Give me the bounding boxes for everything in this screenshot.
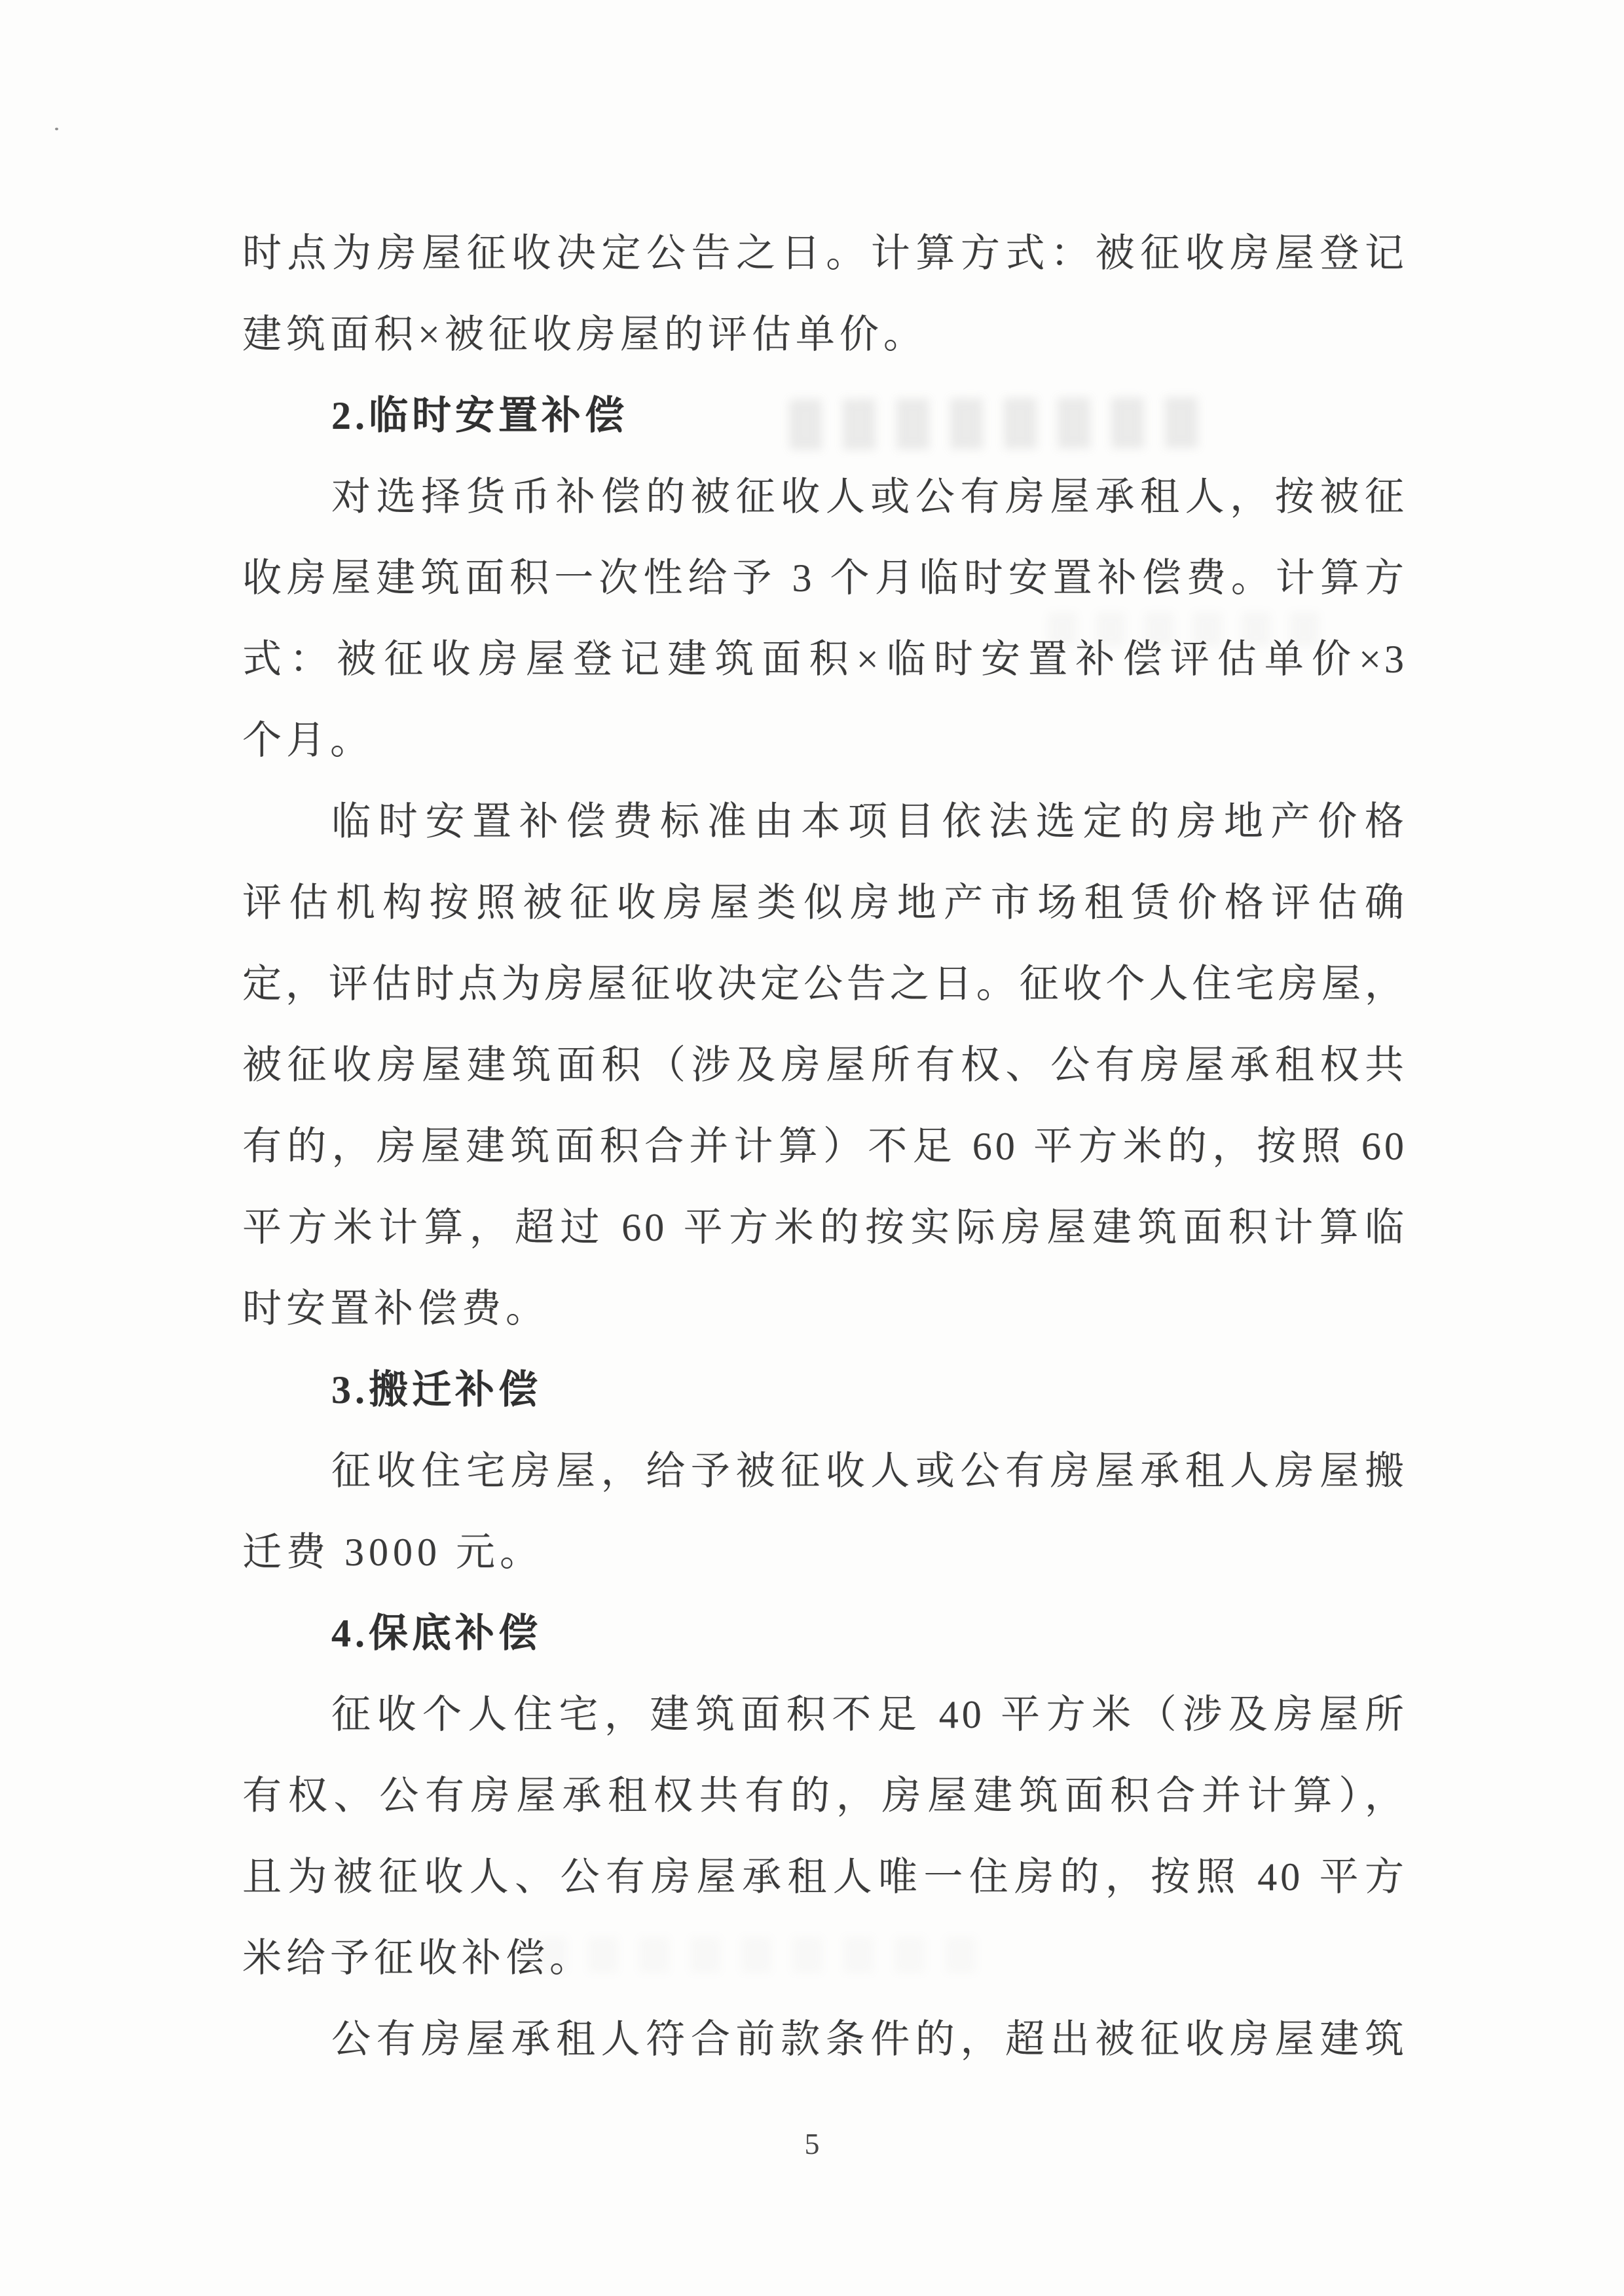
text-line: 有权、公有房屋承租权共有的，房屋建筑面积合并计算）， [242,1755,1407,1836]
text-line: 被征收房屋建筑面积（涉及房屋所有权、公有房屋承租权共 [242,1025,1407,1106]
section-heading-minimum-compensation: 4.保底补偿 [242,1593,1407,1674]
text-line: 公有房屋承租人符合前款条件的，超出被征收房屋建筑 [242,1999,1407,2080]
page-number: 5 [0,2126,1624,2161]
document-body: 时点为房屋征收决定公告之日。计算方式：被征收房屋登记 建筑面积×被征收房屋的评估… [242,213,1407,2080]
text-line: 对选择货币补偿的被征收人或公有房屋承租人，按被征 [242,456,1407,538]
text-line: 且为被征收人、公有房屋承租人唯一住房的，按照 40 平方 [242,1836,1407,1918]
text-line: 定，评估时点为房屋征收决定公告之日。征收个人住宅房屋， [242,943,1407,1025]
text-line: 式：被征收房屋登记建筑面积×临时安置补偿评估单价×3 [242,619,1407,700]
text-line: 迁费 3000 元。 [242,1512,1407,1593]
section-heading-temporary-resettlement: 2.临时安置补偿 [242,375,1407,456]
text-line: 时点为房屋征收决定公告之日。计算方式：被征收房屋登记 [242,213,1407,294]
text-line: 建筑面积×被征收房屋的评估单价。 [242,294,1407,375]
text-line: 临时安置补偿费标准由本项目依法选定的房地产价格 [242,781,1407,862]
text-line: 有的，房屋建筑面积合并计算）不足 60 平方米的，按照 60 [242,1106,1407,1187]
text-line: 米给予征收补偿。 [242,1918,1407,1999]
text-line: 评估机构按照被征收房屋类似房地产市场租赁价格评估确 [242,862,1407,943]
scanned-document-page: 时点为房屋征收决定公告之日。计算方式：被征收房屋登记 建筑面积×被征收房屋的评估… [0,0,1624,2296]
text-line: 收房屋建筑面积一次性给予 3 个月临时安置补偿费。计算方 [242,538,1407,619]
text-line: 征收住宅房屋，给予被征收人或公有房屋承租人房屋搬 [242,1430,1407,1512]
text-line: 平方米计算，超过 60 平方米的按实际房屋建筑面积计算临 [242,1187,1407,1268]
scan-speck [55,128,58,130]
text-line: 征收个人住宅，建筑面积不足 40 平方米（涉及房屋所 [242,1674,1407,1755]
text-line: 个月。 [242,700,1407,781]
section-heading-relocation: 3.搬迁补偿 [242,1349,1407,1430]
text-line: 时安置补偿费。 [242,1268,1407,1349]
